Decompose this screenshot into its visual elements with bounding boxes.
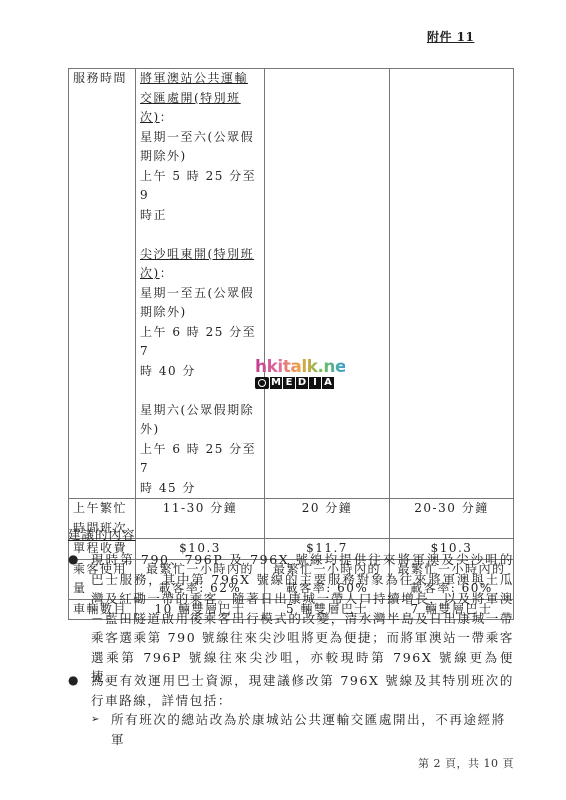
row-header-service-hours: 服務時間	[69, 69, 136, 499]
watermark-media-badge: M E D I A	[255, 377, 345, 389]
watermark: hkitalk.net M E D I A	[255, 358, 345, 396]
arrow-bullet-icon: ➢	[91, 710, 101, 730]
bullet-icon: ●	[68, 550, 80, 570]
peak-frequency-col3: 20-30 分鐘	[390, 499, 514, 539]
service-hours-col3	[390, 69, 514, 499]
block1-days: 星期一至六(公眾假	[140, 128, 260, 148]
bullet-item-1: ● 現時第 790、796P 及 796X 號線均提供往來將軍澳及尖沙咀的巴士服…	[68, 550, 514, 687]
service-hours-col2	[265, 69, 390, 499]
block2-title: 尖沙咀東開(特別班 次)：	[140, 245, 260, 284]
table-row-service-hours: 服務時間 將軍澳站公共運輸 交匯處開(特別班 次)： 星期一至六(公眾假 期除外…	[69, 69, 514, 499]
sub-bullet-item-1: ➢ 所有班次的總站改為於康城站公共運輸交匯處開出，不再途經將軍	[91, 710, 514, 749]
block3-days: 星期六(公眾假期除	[140, 401, 260, 421]
block2-days: 星期一至五(公眾假	[140, 284, 260, 304]
bullet-icon: ●	[68, 671, 80, 691]
section-title-proposal: 建議的內容	[68, 525, 136, 543]
block2-time: 上午 6 時 25 分至 7	[140, 323, 260, 362]
block1-title: 將軍澳站公共運輸 交匯處開(特別班 次)：	[140, 69, 260, 128]
block3-time: 上午 6 時 25 分至 7	[140, 440, 260, 479]
camera-icon	[255, 377, 269, 389]
watermark-logo-text: hkitalk.net	[255, 358, 345, 376]
annex-label: 附件 11	[427, 28, 474, 45]
peak-frequency-col1: 11-30 分鐘	[136, 499, 265, 539]
service-hours-col1: 將軍澳站公共運輸 交匯處開(特別班 次)： 星期一至六(公眾假 期除外) 上午 …	[136, 69, 265, 499]
page-number: 第 2 頁，共 10 頁	[418, 755, 514, 771]
bullet-item-2: ● 為更有效運用巴士資源，現建議修改第 796X 號線及其特別班次的行車路線，詳…	[68, 671, 514, 749]
peak-frequency-col2: 20 分鐘	[265, 499, 390, 539]
block1-time: 上午 5 時 25 分至 9	[140, 167, 260, 206]
